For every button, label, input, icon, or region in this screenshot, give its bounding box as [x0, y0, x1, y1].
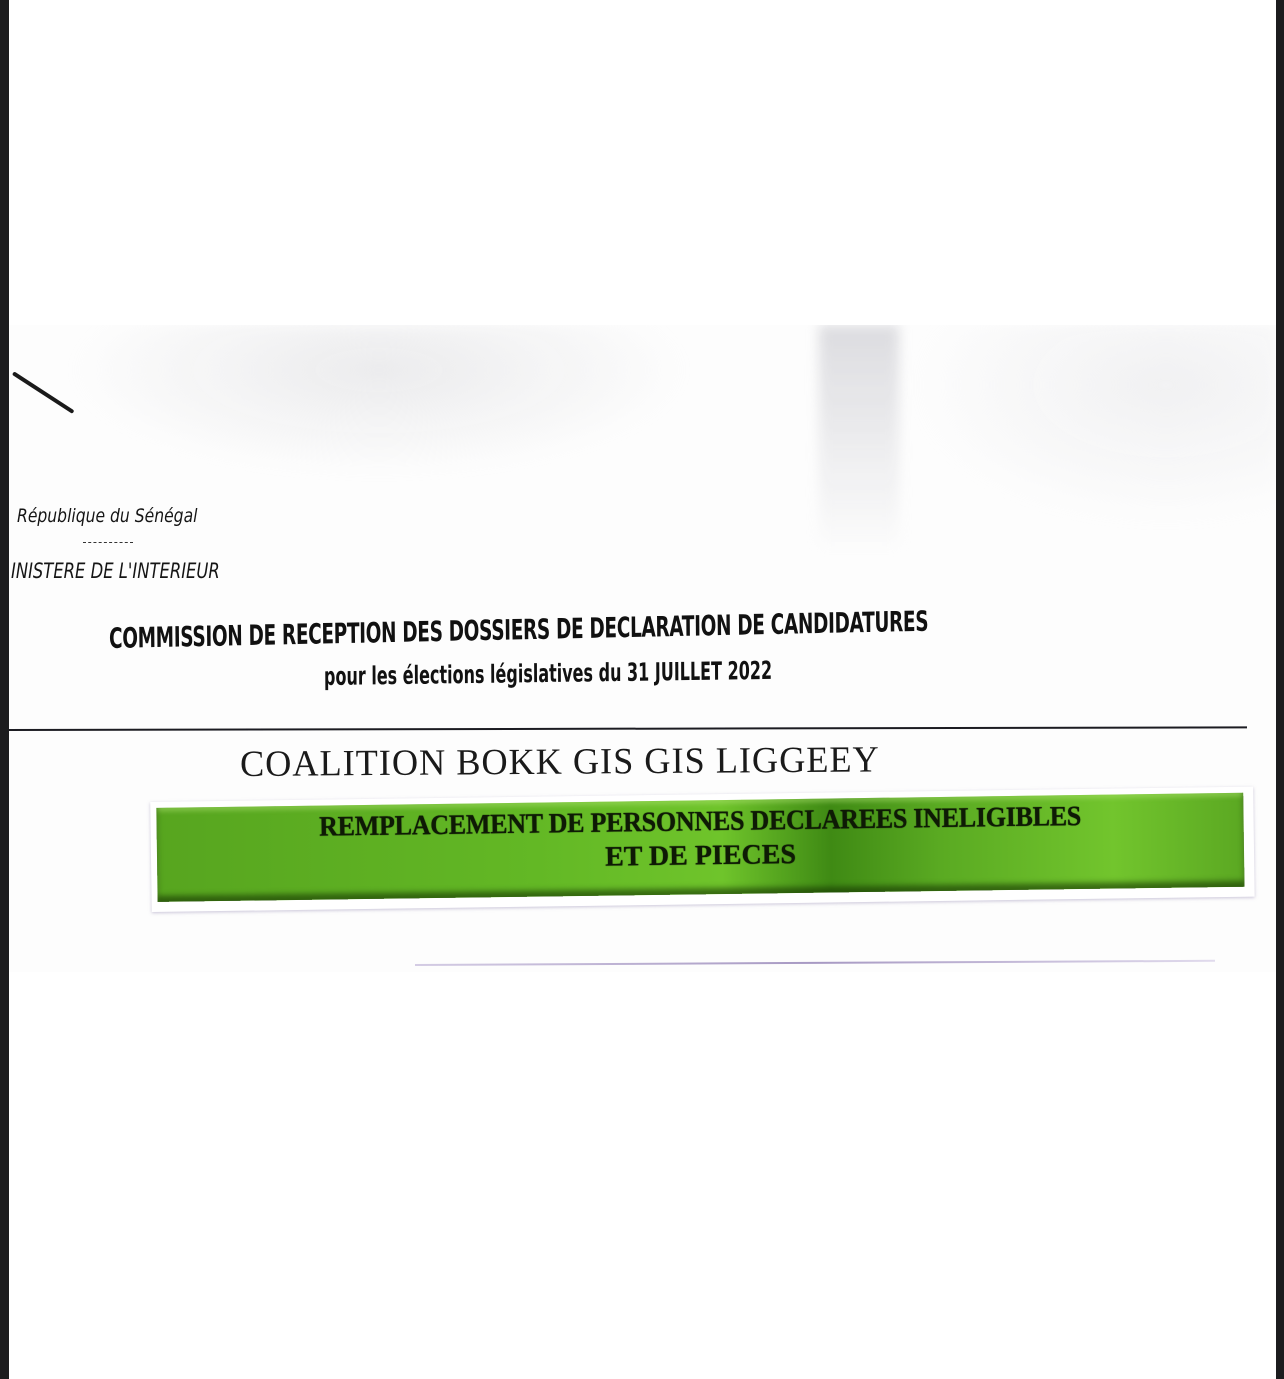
paper-shadow: [819, 325, 899, 545]
document-photo: République du Sénégal INISTERE DE L'INTE…: [9, 325, 1276, 972]
paper-shadow: [69, 325, 689, 475]
country-name: République du Sénégal: [17, 505, 197, 527]
paper-shadow: [909, 325, 1276, 525]
ministry-name: INISTERE DE L'INTERIEUR: [11, 559, 220, 583]
horizontal-rule: [9, 726, 1247, 731]
left-frame-edge: [0, 0, 9, 1379]
faint-rule: [415, 960, 1215, 966]
commission-subtitle: pour les élections législatives du 31 JU…: [324, 656, 772, 691]
commission-title: COMMISSION DE RECEPTION DES DOSSIERS DE …: [109, 605, 929, 655]
banner-frame: REMPLACEMENT DE PERSONNES DECLAREES INEL…: [150, 787, 1254, 912]
separator-dashes: [83, 542, 133, 543]
pen-mark: [12, 371, 75, 414]
coalition-name: COALITION BOKK GIS GIS LIGGEEY: [240, 738, 880, 786]
right-frame-edge: [1276, 0, 1284, 1379]
green-banner: REMPLACEMENT DE PERSONNES DECLAREES INEL…: [156, 793, 1244, 902]
